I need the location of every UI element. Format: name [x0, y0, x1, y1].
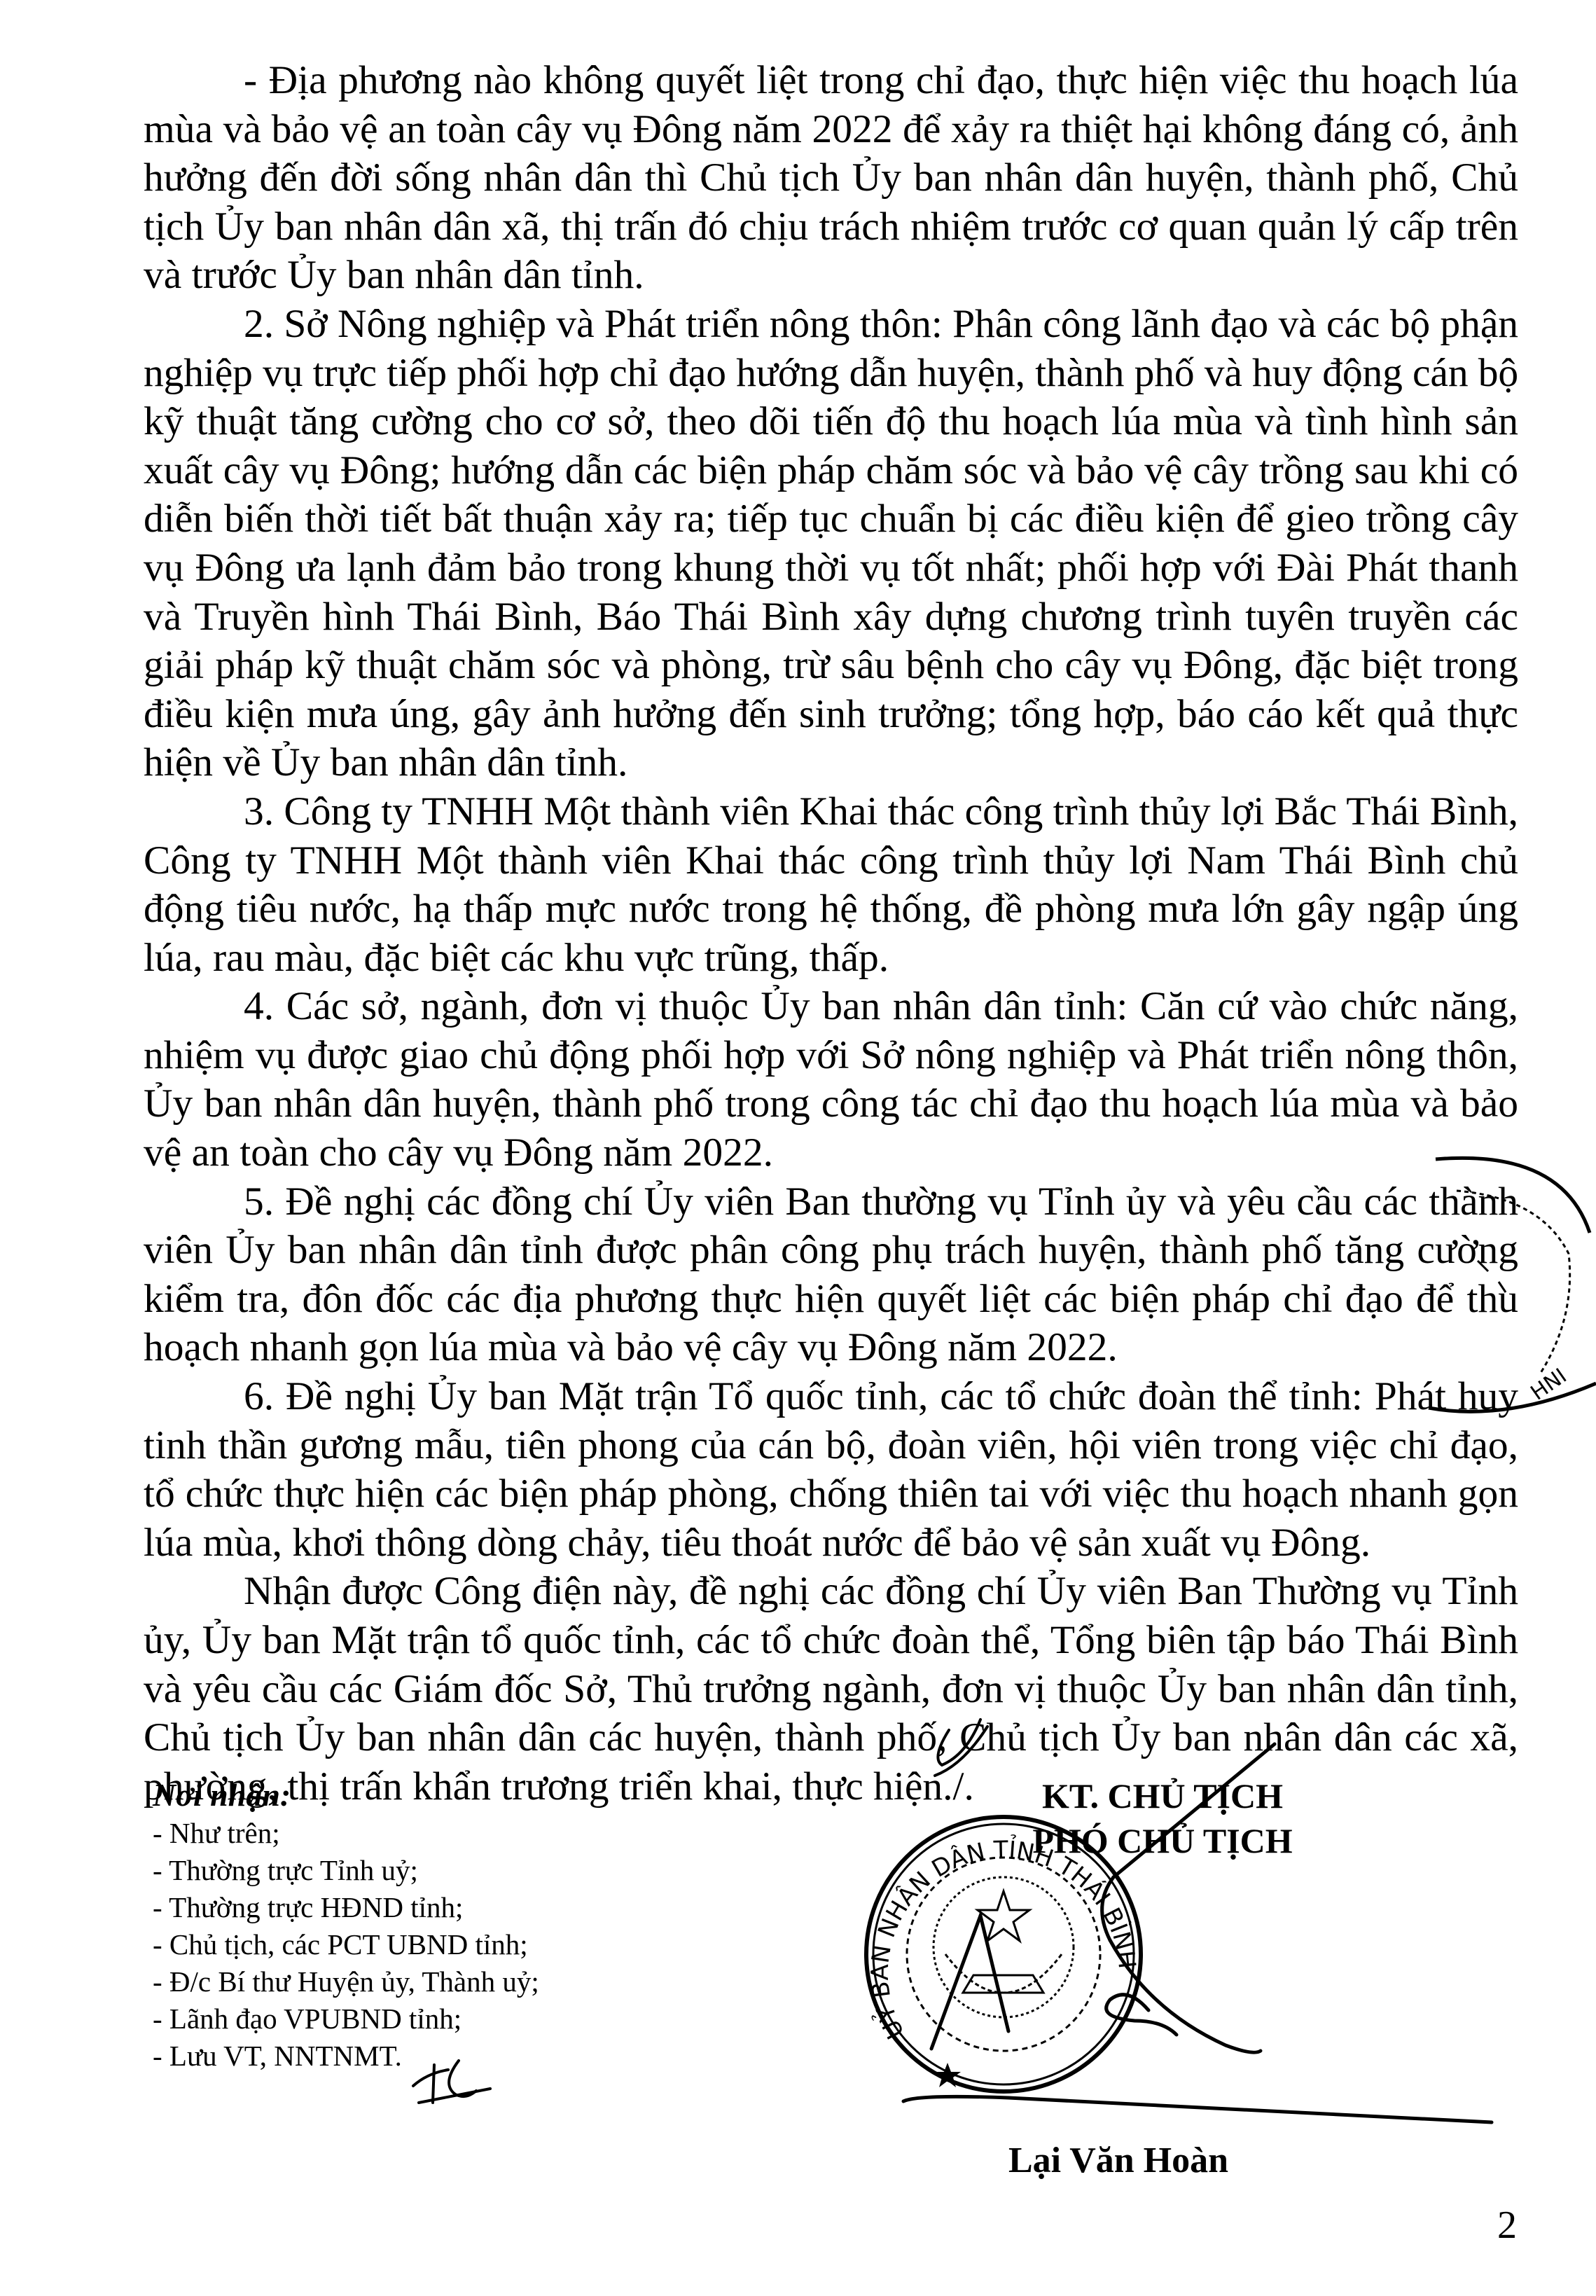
body-line: nhiệm vụ được giao chủ động phối hợp với… [144, 1031, 1518, 1080]
svg-text:UỶ BAN NHÂN DÂN TỈNH THÁI BÌNH: UỶ BAN NHÂN DÂN TỈNH THÁI BÌNH [866, 1833, 1141, 2043]
recipient-item: - Thường trực Tỉnh uỷ; [153, 1852, 539, 1889]
signer-role-line2: PHÓ CHỦ TỊCH [966, 1818, 1359, 1863]
body-line: Nhận được Công điện này, đề nghị các đồn… [144, 1567, 1518, 1616]
body-line: kiểm tra, đôn đốc các địa phương thực hi… [144, 1275, 1518, 1324]
body-line: mùa và bảo vệ an toàn cây vụ Đông năm 20… [144, 105, 1518, 154]
document-body: - Địa phương nào không quyết liệt trong … [144, 56, 1518, 1811]
body-line: 2. Sở Nông nghiệp và Phát triển nông thô… [144, 300, 1518, 349]
body-line: điều kiện mưa úng, gây ảnh hưởng đến sin… [144, 690, 1518, 739]
body-line: vệ an toàn cho cây vụ Đông năm 2022. [144, 1128, 1518, 1177]
body-line: 4. Các sở, ngành, đơn vị thuộc Ủy ban nh… [144, 982, 1518, 1031]
recipient-item: - Thường trực HĐND tỉnh; [153, 1889, 539, 1926]
body-line: tịch Ủy ban nhân dân xã, thị trấn đó chị… [144, 202, 1518, 251]
signer-name: Lại Văn Hoàn [1008, 2140, 1228, 2181]
body-line: 6. Đề nghị Ủy ban Mặt trận Tổ quốc tỉnh,… [144, 1372, 1518, 1421]
body-line: xuất cây vụ Đông; hướng dẫn các biện phá… [144, 446, 1518, 495]
body-line: Ủy ban nhân dân huyện, thành phố trong c… [144, 1079, 1518, 1128]
body-line: kỹ thuật tăng cường cho cơ sở, theo dõi … [144, 397, 1518, 446]
document-page: - Địa phương nào không quyết liệt trong … [0, 0, 1596, 2296]
body-line: hoạch nhanh gọn lúa mùa và bảo vệ cây vụ… [144, 1323, 1518, 1372]
body-line: động tiêu nước, hạ thấp mực nước trong h… [144, 885, 1518, 934]
body-line: nghiệp vụ trực tiếp phối hợp chỉ đạo hướ… [144, 349, 1518, 398]
body-line: và trước Ủy ban nhân dân tỉnh. [144, 251, 1518, 300]
body-line: 3. Công ty TNHH Một thành viên Khai thác… [144, 787, 1518, 836]
body-line: - Địa phương nào không quyết liệt trong … [144, 56, 1518, 105]
body-line: hưởng đến đời sống nhân dân thì Chủ tịch… [144, 153, 1518, 202]
body-line: và Truyền hình Thái Bình, Báo Thái Bình … [144, 593, 1518, 642]
recipients-heading: Nơi nhận: [153, 1776, 539, 1815]
body-line: 5. Đề nghị các đồng chí Ủy viên Ban thườ… [144, 1177, 1518, 1226]
body-line: diễn biến thời tiết bất thuận xảy ra; ti… [144, 495, 1518, 544]
body-line: hiện về Ủy ban nhân dân tỉnh. [144, 738, 1518, 787]
recipient-item: - Lãnh đạo VPUBND tỉnh; [153, 2000, 539, 2038]
signer-role-line1: KT. CHỦ TỊCH [966, 1773, 1359, 1818]
recipient-item: - Chủ tịch, các PCT UBND tỉnh; [153, 1926, 539, 1963]
body-line: viên Ủy ban nhân dân tỉnh được phân công… [144, 1226, 1518, 1275]
recipients-block: Nơi nhận: - Như trên;- Thường trực Tỉnh … [153, 1776, 539, 2075]
body-line: Công ty TNHH Một thành viên Khai thác cô… [144, 836, 1518, 885]
body-line: và yêu cầu các Giám đốc Sở, Thủ trưởng n… [144, 1665, 1518, 1714]
body-line: vụ Đông ưa lạnh đảm bảo trong khung thời… [144, 544, 1518, 593]
recipient-item: - Lưu VT, NNTNMT. [153, 2038, 539, 2075]
svg-text:HNI: HNI [1527, 1364, 1571, 1406]
body-line: lúa, rau màu, đặc biệt các khu vực trũng… [144, 934, 1518, 983]
page-number: 2 [1497, 2203, 1517, 2248]
body-line: Chủ tịch Ủy ban nhân dân các huyện, thàn… [144, 1713, 1518, 1762]
body-line: lúa mùa, khơi thông dòng chảy, tiêu thoá… [144, 1519, 1518, 1568]
body-line: giải pháp kỹ thuật chăm sóc và phòng, tr… [144, 641, 1518, 690]
recipient-item: - Như trên; [153, 1815, 539, 1852]
body-line: tinh thần gương mẫu, tiên phong của cán … [144, 1421, 1518, 1470]
body-line: tổ chức thực hiện các biện pháp phòng, c… [144, 1469, 1518, 1519]
body-line: ủy, Ủy ban Mặt trận tổ quốc tỉnh, các tổ… [144, 1616, 1518, 1665]
recipient-item: - Đ/c Bí thư Huyện ủy, Thành uỷ; [153, 1963, 539, 2000]
signature-block: KT. CHỦ TỊCH PHÓ CHỦ TỊCH [966, 1773, 1359, 1863]
recipients-list: - Như trên;- Thường trực Tỉnh uỷ;- Thườn… [153, 1815, 539, 2075]
